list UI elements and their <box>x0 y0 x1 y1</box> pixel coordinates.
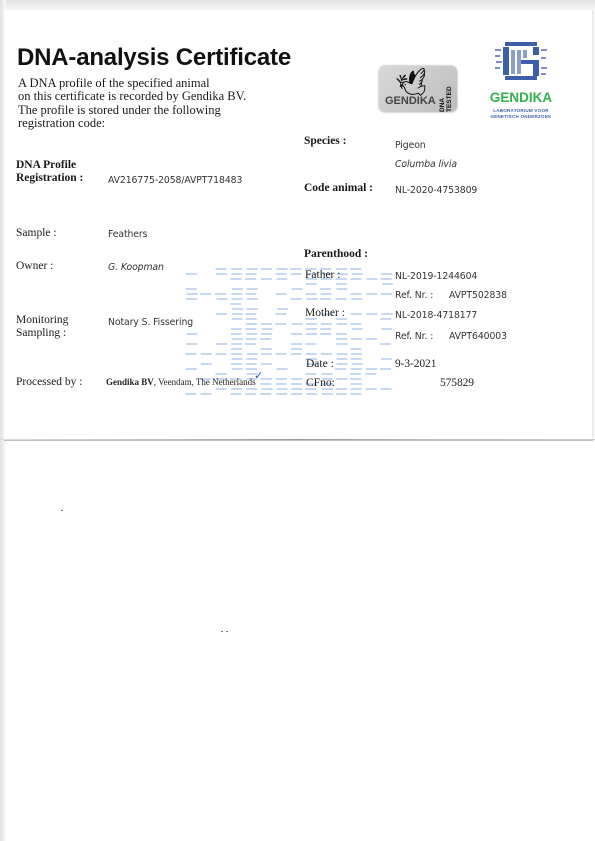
intro-line: A DNA profile of the specified animal <box>18 77 278 90</box>
logo-subtitle: LABORATORIUM VOOR GENETISCH ONDERZOEK <box>486 108 556 120</box>
owner-label: Owner : <box>16 260 53 272</box>
date-label: Date : <box>306 358 334 370</box>
father-ref-value: AVPT502838 <box>449 290 507 301</box>
mother-ref-label: Ref. Nr. : <box>395 331 433 342</box>
processed-location: , Veendam, The Netherlands <box>154 377 256 387</box>
species-latin: Columba livia <box>395 159 457 170</box>
monitoring-label-line1: Monitoring <box>16 314 68 326</box>
cfno-label: CFno: <box>306 377 335 389</box>
scan-speck <box>226 631 228 632</box>
logo-name: GENDIKA <box>486 90 556 105</box>
registration-label-line1: DNA Profile <box>16 159 76 171</box>
monitoring-label-line2: Sampling : <box>16 327 66 339</box>
scan-edge-top <box>0 0 595 10</box>
cfno-value: 575829 <box>440 377 474 389</box>
owner-value: G. Koopman <box>108 262 164 273</box>
sticker-brand: GENDIKA <box>385 95 436 107</box>
processed-label: Processed by : <box>16 376 82 388</box>
certificate-title: DNA-analysis Certificate <box>17 44 291 72</box>
gendika-logo: GENDIKA LABORATORIUM VOOR GENETISCH ONDE… <box>486 40 556 120</box>
code-animal-value: NL-2020-4753809 <box>395 185 477 196</box>
date-value: 9-3-2021 <box>395 358 436 370</box>
dna-tested-sticker: 🕊︎ GENDIKA DNA TESTED <box>379 66 457 112</box>
processed-company: Gendika BV <box>106 377 154 387</box>
mother-ref-value: AVPT640003 <box>449 331 507 342</box>
intro-line: on this certificate is recorded by Gendi… <box>18 90 278 103</box>
intro-line: registration code: <box>18 117 278 130</box>
handwritten-tick-icon: ✓ <box>254 369 263 382</box>
sample-label: Sample : <box>16 227 57 239</box>
code-animal-label: Code animal : <box>304 182 373 194</box>
page-fold-line <box>0 439 595 440</box>
dna-g-logo-icon <box>495 40 547 82</box>
father-ref-label: Ref. Nr. : <box>395 290 433 301</box>
processed-value: Gendika BV, Veendam, The Netherlands <box>106 377 256 387</box>
sample-value: Feathers <box>108 229 147 240</box>
father-label: Father : <box>305 269 340 281</box>
sticker-text: DNA TESTED <box>439 72 453 112</box>
logo-subtitle-line: GENETISCH ONDERZOEK <box>486 114 556 120</box>
intro-line: The profile is stored under the followin… <box>18 104 278 117</box>
registration-value: AV216775-2058/AVPT718483 <box>108 175 242 186</box>
mother-label: Mother : <box>305 307 345 319</box>
scan-speck <box>61 510 63 511</box>
registration-label-line2: Registration : <box>16 172 83 184</box>
intro-text: A DNA profile of the specified animal on… <box>18 77 278 130</box>
mother-value: NL-2018-4718177 <box>395 310 477 321</box>
parenthood-label: Parenthood : <box>304 248 368 260</box>
monitoring-value: Notary S. Fissering <box>108 317 193 328</box>
species-common: Pigeon <box>395 140 426 151</box>
species-label: Species : <box>304 135 346 147</box>
father-value: NL-2019-1244604 <box>395 271 477 282</box>
scan-speck <box>221 631 223 632</box>
